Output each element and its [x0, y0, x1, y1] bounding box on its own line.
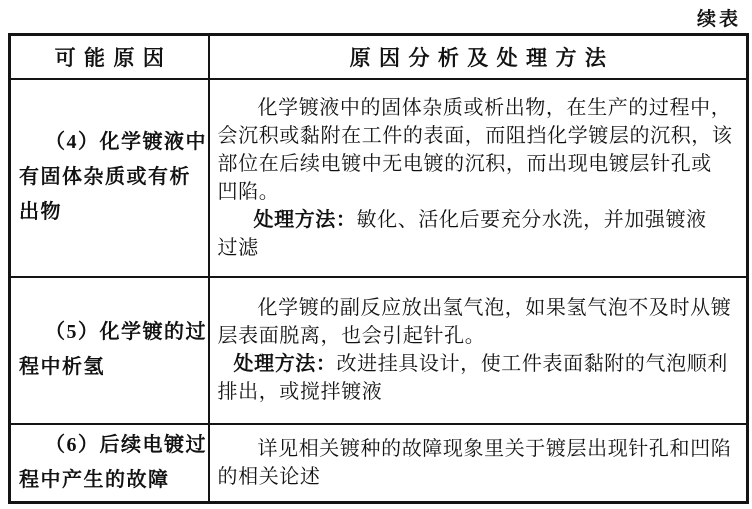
text-segment: 程中产生的故障 [19, 469, 170, 491]
text-line: 处理方法：改进挂具设计，使工件表面黏附的气泡顺利 [218, 350, 739, 378]
text-line: 处理方法：敏化、活化后要充分水洗，并加强镀液 [218, 206, 739, 234]
text-segment: 会沉积或黏附在工件的表面，而阻挡化学镀层的沉积，该 [218, 125, 733, 147]
table-row-4: （4）化学镀液中有固体杂质或有析出物 化学镀液中的固体杂质或析出物，在生产的过程… [10, 79, 748, 277]
text-segment: 凹陷。 [218, 181, 280, 203]
analysis-cell: 化学镀的副反应放出氢气泡，如果氢气泡不及时从镀层表面脱离，也会引起针孔。处理方法… [209, 277, 748, 424]
cause-cell: （6）后续电镀过程中产生的故障 [10, 424, 209, 503]
text-line: 层表面脱离，也会引起针孔。 [218, 322, 739, 350]
text-line: 有固体杂质或有析 [19, 160, 204, 195]
text-line: 会沉积或黏附在工件的表面，而阻挡化学镀层的沉积，该 [218, 122, 739, 150]
text-segment: 层表面脱离，也会引起针孔。 [218, 325, 486, 347]
text-line: 的相关论述 [218, 463, 739, 491]
text-line: 程中析氢 [19, 350, 204, 385]
text-segment: （6）后续电镀过 [45, 434, 207, 456]
text-segment: 有固体杂质或有析 [19, 166, 191, 188]
text-segment: （4）化学镀液中 [45, 131, 207, 153]
header-cause: 可能原因 [10, 35, 209, 79]
text-line: （6）后续电镀过 [19, 428, 204, 463]
text-segment: 排出，或搅拌镀液 [218, 381, 383, 403]
scanned-page: 续表 可能原因 原因分析及处理方法 （4）化学镀液中有固体杂质或有析出物 化学镀… [0, 0, 752, 509]
cause-cell: （4）化学镀液中有固体杂质或有析出物 [10, 79, 209, 277]
text-segment: 化学镀液中的固体杂质或析出物，在生产的过程中， [258, 97, 732, 119]
cause-cell: （5）化学镀的过程中析氢 [10, 277, 209, 424]
text-segment: （5）化学镀的过 [45, 321, 207, 343]
table-header-row: 可能原因 原因分析及处理方法 [10, 35, 748, 79]
continuation-table-label: 续表 [697, 4, 741, 31]
table-row-6: （6）后续电镀过程中产生的故障 详见相关镀种的故障现象里关于镀层出现针孔和凹陷的… [10, 424, 748, 503]
text-segment: 部位在后续电镀中无电镀的沉积，而出现电镀层针孔或 [218, 153, 712, 175]
text-segment: 的相关论述 [218, 466, 321, 488]
analysis-cell: 详见相关镀种的故障现象里关于镀层出现针孔和凹陷的相关论述 [209, 424, 748, 503]
text-line: 详见相关镀种的故障现象里关于镀层出现针孔和凹陷 [218, 435, 739, 463]
header-analysis: 原因分析及处理方法 [209, 35, 748, 79]
table-row-5: （5）化学镀的过程中析氢 化学镀的副反应放出氢气泡，如果氢气泡不及时从镀层表面脱… [10, 277, 748, 424]
text-segment: 敏化、活化后要充分水洗，并加强镀液 [357, 209, 707, 231]
text-line: 部位在后续电镀中无电镀的沉积，而出现电镀层针孔或 [218, 150, 739, 178]
treatment-method-label: 处理方法： [234, 353, 337, 375]
text-line: 过滤 [218, 234, 739, 262]
text-segment: 程中析氢 [19, 356, 105, 378]
text-segment: 出物 [19, 201, 62, 223]
treatment-method-label: 处理方法： [254, 209, 357, 231]
analysis-cell: 化学镀液中的固体杂质或析出物，在生产的过程中，会沉积或黏附在工件的表面，而阻挡化… [209, 79, 748, 277]
text-segment: 过滤 [218, 237, 259, 259]
text-line: 化学镀液中的固体杂质或析出物，在生产的过程中， [218, 94, 739, 122]
text-segment: 详见相关镀种的故障现象里关于镀层出现针孔和凹陷 [258, 438, 732, 460]
text-line: （5）化学镀的过 [19, 315, 204, 350]
text-line: （4）化学镀液中 [19, 125, 204, 160]
text-line: 化学镀的副反应放出氢气泡，如果氢气泡不及时从镀 [218, 294, 739, 322]
text-line: 出物 [19, 195, 204, 230]
text-line: 凹陷。 [218, 178, 739, 206]
fault-cause-table: 可能原因 原因分析及处理方法 （4）化学镀液中有固体杂质或有析出物 化学镀液中的… [8, 33, 749, 504]
text-segment: 改进挂具设计，使工件表面黏附的气泡顺利 [337, 353, 728, 375]
text-line: 排出，或搅拌镀液 [218, 378, 739, 406]
text-segment: 化学镀的副反应放出氢气泡，如果氢气泡不及时从镀 [258, 297, 732, 319]
text-line: 程中产生的故障 [19, 463, 204, 498]
